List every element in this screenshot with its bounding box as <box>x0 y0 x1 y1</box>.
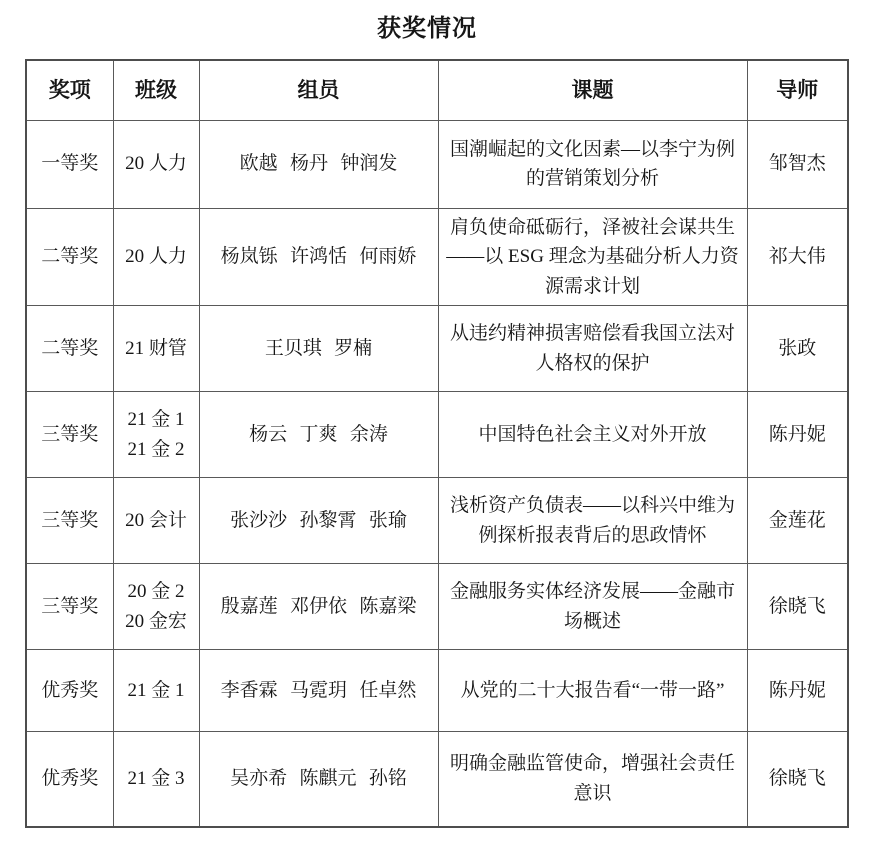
topic-cell: 浅析资产负债表——以科兴中维为例探析报表背后的思政情怀 <box>438 478 747 564</box>
award-cell: 三等奖 <box>26 478 113 564</box>
award-cell: 优秀奖 <box>26 650 113 732</box>
topic-cell: 从违约精神损害赔偿看我国立法对人格权的保护 <box>438 306 747 392</box>
members-cell: 欧越 杨丹 钟润发 <box>199 120 438 208</box>
table-row: 三等奖 20 金 2 20 金宏 殷嘉莲 邓伊依 陈嘉梁 金融服务实体经济发展—… <box>26 564 848 650</box>
members-cell: 杨云 丁爽 余涛 <box>199 392 438 478</box>
topic-cell: 肩负使命砥砺行，泽被社会谋共生——以 ESG 理念为基础分析人力资源需求计划 <box>438 208 747 305</box>
topic-cell: 国潮崛起的文化因素—以李宁为例的营销策划分析 <box>438 120 747 208</box>
members-cell: 王贝琪 罗楠 <box>199 306 438 392</box>
topic-cell: 金融服务实体经济发展——金融市场概述 <box>438 564 747 650</box>
table-row: 一等奖 20 人力 欧越 杨丹 钟润发 国潮崛起的文化因素—以李宁为例的营销策划… <box>26 120 848 208</box>
award-cell: 一等奖 <box>26 120 113 208</box>
header-cell-award: 奖项 <box>26 60 113 120</box>
document-page: 获奖情况 奖项 班级 组员 课题 导师 一等奖 20 人力 欧越 杨丹 钟润发 … <box>0 0 872 859</box>
class-cell: 20 金 2 20 金宏 <box>113 564 199 650</box>
topic-cell: 明确金融监管使命，增强社会责任意识 <box>438 732 747 827</box>
header-cell-topic: 课题 <box>438 60 747 120</box>
advisor-cell: 陈丹妮 <box>747 392 848 478</box>
award-cell: 二等奖 <box>26 208 113 305</box>
class-cell: 21 金 1 21 金 2 <box>113 392 199 478</box>
class-cell: 21 财管 <box>113 306 199 392</box>
header-cell-class: 班级 <box>113 60 199 120</box>
header-cell-advisor: 导师 <box>747 60 848 120</box>
advisor-cell: 徐晓飞 <box>747 564 848 650</box>
class-cell: 20 人力 <box>113 120 199 208</box>
table-row: 二等奖 21 财管 王贝琪 罗楠 从违约精神损害赔偿看我国立法对人格权的保护 张… <box>26 306 848 392</box>
award-cell: 优秀奖 <box>26 732 113 827</box>
topic-cell: 中国特色社会主义对外开放 <box>438 392 747 478</box>
class-cell: 20 人力 <box>113 208 199 305</box>
header-cell-members: 组员 <box>199 60 438 120</box>
topic-cell: 从党的二十大报告看“一带一路” <box>438 650 747 732</box>
class-cell: 21 金 1 <box>113 650 199 732</box>
advisor-cell: 金莲花 <box>747 478 848 564</box>
table-header-row: 奖项 班级 组员 课题 导师 <box>26 60 848 120</box>
members-cell: 吴亦希 陈麒元 孙铭 <box>199 732 438 827</box>
class-cell: 20 会计 <box>113 478 199 564</box>
award-cell: 三等奖 <box>26 564 113 650</box>
page-title: 获奖情况 <box>16 0 838 45</box>
advisor-cell: 祁大伟 <box>747 208 848 305</box>
awards-table: 奖项 班级 组员 课题 导师 一等奖 20 人力 欧越 杨丹 钟润发 国潮崛起的… <box>25 59 849 827</box>
table-row: 优秀奖 21 金 3 吴亦希 陈麒元 孙铭 明确金融监管使命，增强社会责任意识 … <box>26 732 848 827</box>
award-cell: 二等奖 <box>26 306 113 392</box>
advisor-cell: 徐晓飞 <box>747 732 848 827</box>
members-cell: 殷嘉莲 邓伊依 陈嘉梁 <box>199 564 438 650</box>
advisor-cell: 陈丹妮 <box>747 650 848 732</box>
members-cell: 李香霖 马霓玥 任卓然 <box>199 650 438 732</box>
table-row: 二等奖 20 人力 杨岚铄 许鸿恬 何雨娇 肩负使命砥砺行，泽被社会谋共生——以… <box>26 208 848 305</box>
class-cell: 21 金 3 <box>113 732 199 827</box>
members-cell: 杨岚铄 许鸿恬 何雨娇 <box>199 208 438 305</box>
advisor-cell: 张政 <box>747 306 848 392</box>
table-row: 三等奖 21 金 1 21 金 2 杨云 丁爽 余涛 中国特色社会主义对外开放 … <box>26 392 848 478</box>
award-cell: 三等奖 <box>26 392 113 478</box>
members-cell: 张沙沙 孙黎霄 张瑜 <box>199 478 438 564</box>
table-row: 优秀奖 21 金 1 李香霖 马霓玥 任卓然 从党的二十大报告看“一带一路” 陈… <box>26 650 848 732</box>
table-row: 三等奖 20 会计 张沙沙 孙黎霄 张瑜 浅析资产负债表——以科兴中维为例探析报… <box>26 478 848 564</box>
advisor-cell: 邹智杰 <box>747 120 848 208</box>
